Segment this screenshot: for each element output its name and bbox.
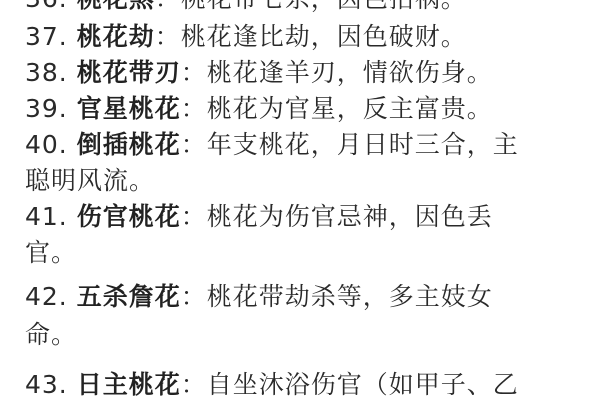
list-item-37: 37. 桃花劫：桃花逢比劫，因色破财。 (25, 22, 467, 52)
item-description-continuation: 聪明风流。 (25, 166, 155, 195)
item-description: 自坐沐浴伤官（如甲子、乙 (207, 370, 519, 399)
list-item-38: 38. 桃花带刃：桃花逢羊刃，情欲伤身。 (25, 58, 493, 88)
item-colon: ： (181, 202, 207, 231)
list-item-36: 36. 桃花煞：桃花带七杀，因色招祸。 (25, 0, 467, 14)
item-number: 41. (25, 202, 68, 231)
item-colon: ： (181, 370, 207, 399)
item-description: 桃花为官星，反主富贵。 (207, 94, 493, 123)
item-number: 43. (25, 370, 68, 399)
item-term: 桃花劫 (77, 22, 155, 51)
item-description: 桃花带七杀，因色招祸。 (181, 0, 467, 13)
list-item-39: 39. 官星桃花：桃花为官星，反主富贵。 (25, 94, 493, 124)
item-term: 日主桃花 (77, 370, 181, 399)
item-description: 桃花为伤官忌神，因色丢 (207, 202, 493, 231)
item-colon: ： (181, 58, 207, 87)
document-page: 36. 桃花煞：桃花带七杀，因色招祸。 37. 桃花劫：桃花逢比劫，因色破财。 … (0, 0, 600, 400)
item-colon: ： (181, 94, 207, 123)
list-item-40: 40. 倒插桃花：年支桃花，月日时三合，主 (25, 130, 519, 160)
item-number: 39. (25, 94, 68, 123)
item-number: 40. (25, 130, 68, 159)
list-item-43: 43. 日主桃花：自坐沐浴伤官（如甲子、乙 (25, 370, 519, 400)
item-description-continuation: 官。 (25, 238, 77, 267)
list-item-41: 41. 伤官桃花：桃花为伤官忌神，因色丢 (25, 202, 493, 232)
list-item-41-continuation: 官。 (25, 238, 77, 268)
item-colon: ： (155, 0, 181, 13)
item-colon: ： (181, 282, 207, 311)
item-term: 伤官桃花 (77, 202, 181, 231)
item-term: 桃花带刃 (77, 58, 181, 87)
item-description: 桃花逢羊刃，情欲伤身。 (207, 58, 493, 87)
item-term: 官星桃花 (77, 94, 181, 123)
item-number: 38. (25, 58, 68, 87)
item-colon: ： (181, 130, 207, 159)
item-term: 五杀詹花 (77, 282, 181, 311)
item-number: 37. (25, 22, 68, 51)
list-item-42: 42. 五杀詹花：桃花带劫杀等，多主妓女 (25, 282, 493, 312)
item-number: 42. (25, 282, 68, 311)
item-number: 36. (25, 0, 68, 13)
item-colon: ： (155, 22, 181, 51)
item-description: 桃花带劫杀等，多主妓女 (207, 282, 493, 311)
item-description: 桃花逢比劫，因色破财。 (181, 22, 467, 51)
list-item-42-continuation: 命。 (25, 320, 77, 350)
item-description: 年支桃花，月日时三合，主 (207, 130, 519, 159)
item-description-continuation: 命。 (25, 320, 77, 349)
item-term: 桃花煞 (77, 0, 155, 13)
item-term: 倒插桃花 (77, 130, 181, 159)
list-item-40-continuation: 聪明风流。 (25, 166, 155, 196)
